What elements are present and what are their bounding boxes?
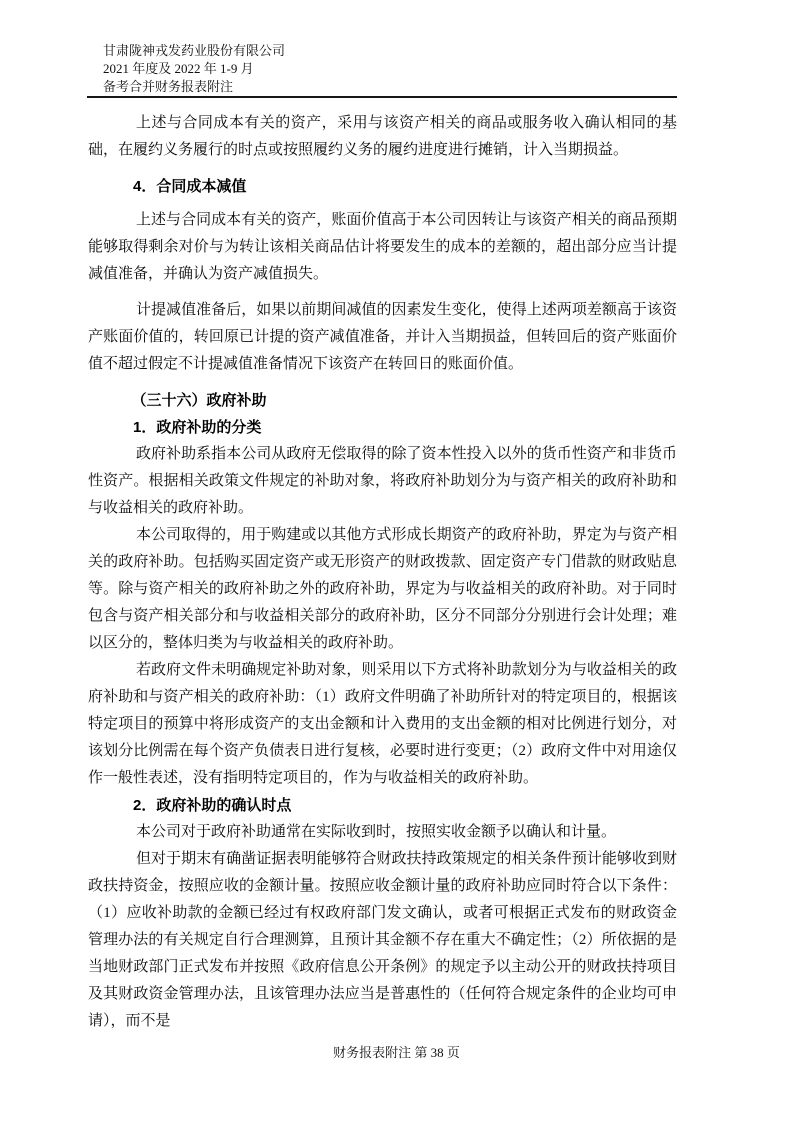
paragraph-grant-definition: 政府补助系指本公司从政府无偿取得的除了资本性投入以外的货币性资产和非货币性资产。… <box>88 441 677 522</box>
section-heading-government-grants: （三十六）政府补助 <box>88 387 677 414</box>
paragraph-contract-cost-amortization: 上述与合同成本有关的资产，采用与该资产相关的商品或服务收入确认相同的基础，在履约… <box>88 110 677 164</box>
document-title: 备考合并财务报表附注 <box>103 78 285 96</box>
paragraph-receivable-grant-conditions: 但对于期末有确凿证据表明能够符合财政扶持政策规定的相关条件预计能够收到财政扶持资… <box>88 846 677 1035</box>
page-number-label: 财务报表附注 第 38 页 <box>333 1045 460 1060</box>
paragraph-grant-division-method: 若政府文件未明确规定补助对象，则采用以下方式将补助款划分为与收益相关的政府补助和… <box>88 657 677 792</box>
paragraph-asset-related-grants: 本公司取得的，用于购建或以其他方式形成长期资产的政府补助，界定为与资产相关的政府… <box>88 522 677 657</box>
document-page: 甘肃陇神戎发药业股份有限公司 2021 年度及 2022 年 1-9 月 备考合… <box>0 0 793 1122</box>
report-period: 2021 年度及 2022 年 1-9 月 <box>103 60 285 78</box>
heading-grant-classification: 1．政府补助的分类 <box>88 414 677 441</box>
heading-contract-cost-impairment: 4．合同成本减值 <box>88 173 677 200</box>
page-footer: 财务报表附注 第 38 页 <box>0 1044 793 1062</box>
document-body: 上述与合同成本有关的资产，采用与该资产相关的商品或服务收入确认相同的基础，在履约… <box>88 110 677 1035</box>
paragraph-impairment-provision: 上述与合同成本有关的资产，账面价值高于本公司因转让与该资产相关的商品预期能够取得… <box>88 207 677 288</box>
paragraph-grant-recognition: 本公司对于政府补助通常在实际收到时，按照实收金额予以确认和计量。 <box>88 819 677 846</box>
header-divider <box>87 96 677 98</box>
paragraph-impairment-reversal: 计提减值准备后，如果以前期间减值的因素发生变化，使得上述两项差额高于该资产账面价… <box>88 297 677 378</box>
document-header: 甘肃陇神戎发药业股份有限公司 2021 年度及 2022 年 1-9 月 备考合… <box>103 42 285 96</box>
company-name: 甘肃陇神戎发药业股份有限公司 <box>103 42 285 60</box>
heading-grant-recognition-timing: 2．政府补助的确认时点 <box>88 792 677 819</box>
